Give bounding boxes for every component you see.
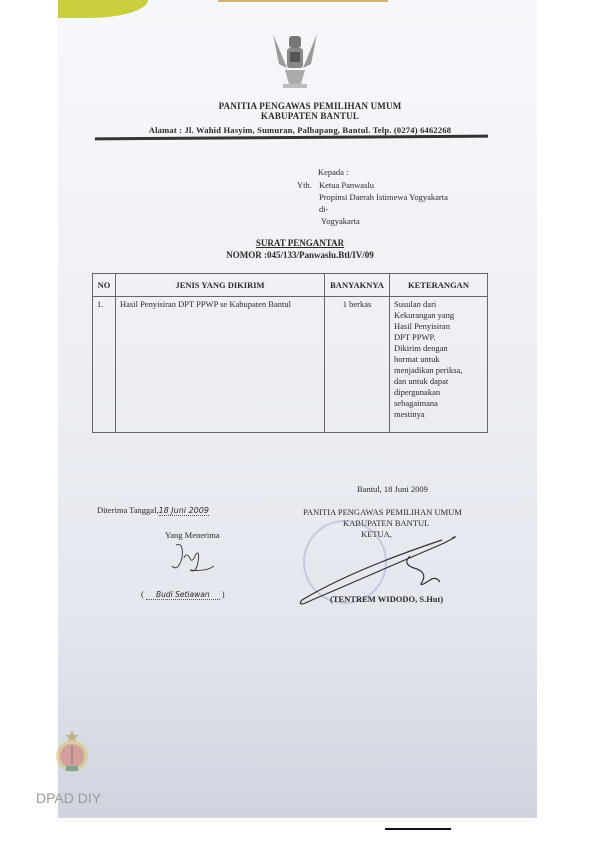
- cell-no: 1.: [93, 297, 116, 433]
- paren-open: (: [141, 589, 144, 599]
- keterangan-line: sebagaimana: [394, 398, 483, 409]
- keterangan-line: Susulan dari: [394, 299, 483, 310]
- sender-org: PANITIA PENGAWAS PEMILIHAN UMUM: [303, 507, 462, 517]
- bottom-rule: [385, 828, 451, 830]
- keterangan-line: hormat untuk: [394, 354, 483, 365]
- table-row: 1. Hasil Penyisiran DPT PPWP se Kabupate…: [93, 297, 488, 433]
- cell-keterangan: Susulan dariKekurangan yangHasil Penyisi…: [390, 297, 488, 433]
- org-regency: KABUPATEN BANTUL: [180, 111, 440, 121]
- watermark: DPAD DIY: [36, 790, 101, 806]
- letter-title: SURAT PENGANTAR: [200, 238, 400, 248]
- org-name: PANITIA PENGAWAS PEMILIHAN UMUM: [180, 101, 440, 111]
- col-no: NO: [93, 274, 116, 297]
- receiver-role: Yang Menerima: [165, 530, 220, 540]
- org-address: Alamat : Jl. Wahid Hasyim, Sumuran, Palb…: [130, 125, 470, 135]
- cell-banyaknya: 1 berkas: [325, 297, 390, 433]
- paren-close: ): [222, 589, 225, 599]
- keterangan-line: mestinya: [394, 409, 483, 420]
- recipient-province: Propinsi Daerah Istimewa Yogyakarta: [319, 192, 448, 202]
- yth-label: Yth.: [297, 180, 312, 190]
- recipient-city: Yogyakarta: [321, 216, 360, 226]
- receiver-signature-icon: [166, 540, 226, 580]
- dpad-emblem-icon: [52, 728, 92, 776]
- col-banyaknya: BANYAKNYA: [325, 274, 390, 297]
- garuda-emblem-icon: [265, 24, 325, 92]
- items-table: NO JENIS YANG DIKIRIM BANYAKNYA KETERANG…: [92, 273, 488, 433]
- letter-number: NOMOR :045/133/Panwaslu.Btl/IV/09: [200, 250, 400, 260]
- received-label: Diterima Tanggal,: [97, 505, 159, 515]
- cell-jenis: Hasil Penyisiran DPT PPWP se Kabupaten B…: [116, 297, 325, 433]
- recipient-name: Ketua Panwaslu: [319, 180, 374, 190]
- col-jenis: JENIS YANG DIKIRIM: [116, 274, 325, 297]
- background-strip: [218, 0, 388, 2]
- letter-title-text: SURAT PENGANTAR: [256, 238, 344, 248]
- place-date: Bantul, 18 Juni 2009: [357, 484, 428, 494]
- keterangan-line: menjadikan periksa,: [394, 365, 483, 376]
- keterangan-line: dan untuk dapat: [394, 376, 483, 387]
- sender-name: (TENTREM WIDODO, S.Hut): [330, 594, 443, 604]
- keterangan-line: DPT PPWP.: [394, 332, 483, 343]
- received-date-label: Diterima Tanggal,18 Juni 2009: [97, 505, 209, 515]
- keterangan-line: Kekurangan yang: [394, 310, 483, 321]
- received-date-value: 18 Juni 2009: [159, 506, 209, 516]
- keterangan-line: dipergunakan: [394, 387, 483, 398]
- keterangan-line: Hasil Penyisiran: [394, 321, 483, 332]
- receiver-name: Budi Setiawan: [146, 590, 220, 600]
- col-keterangan: KETERANGAN: [390, 274, 488, 297]
- keterangan-line: Dikirim dengan: [394, 343, 483, 354]
- recipient-di: di-: [319, 204, 328, 214]
- receiver-name-line: ( Budi Setiawan ): [141, 589, 225, 599]
- kepada-label: Kepada :: [318, 167, 348, 177]
